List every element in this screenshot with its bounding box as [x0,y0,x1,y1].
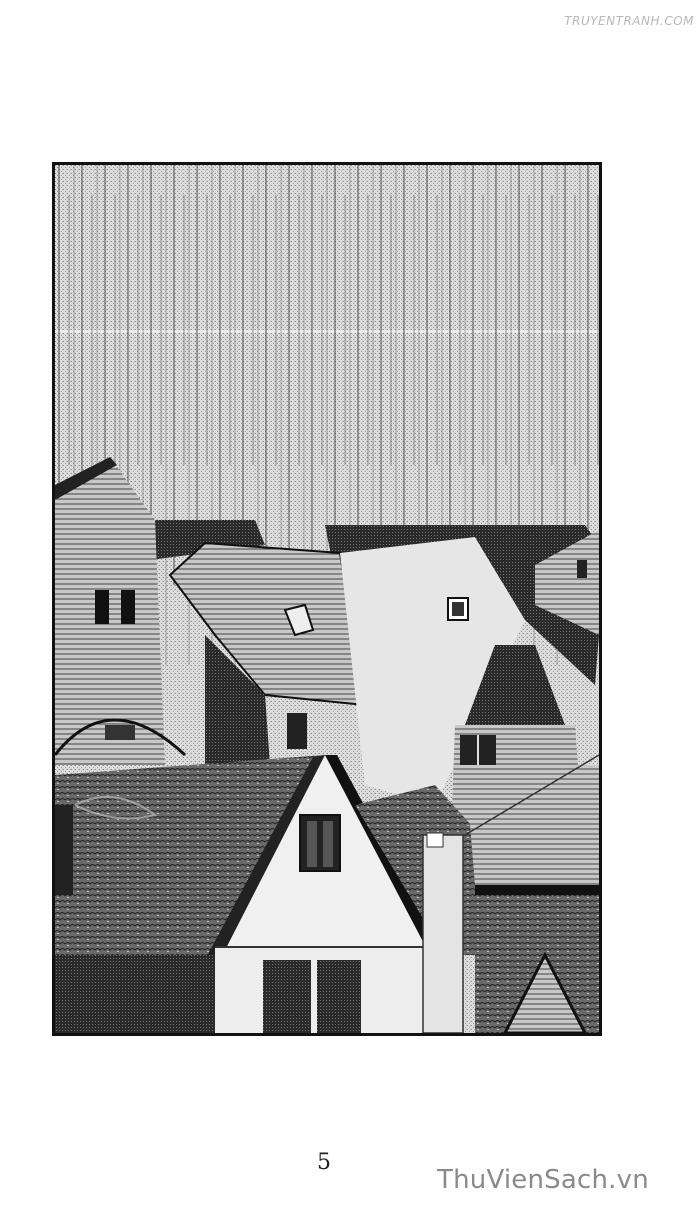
site-watermark-top: TRUYENTRANH.COM [564,14,694,28]
page-number: 5 [317,1150,331,1175]
rooftops-illustration [55,165,599,1033]
manga-panel [52,162,602,1036]
site-watermark-bottom: ThuVienSach.vn [437,1165,649,1195]
